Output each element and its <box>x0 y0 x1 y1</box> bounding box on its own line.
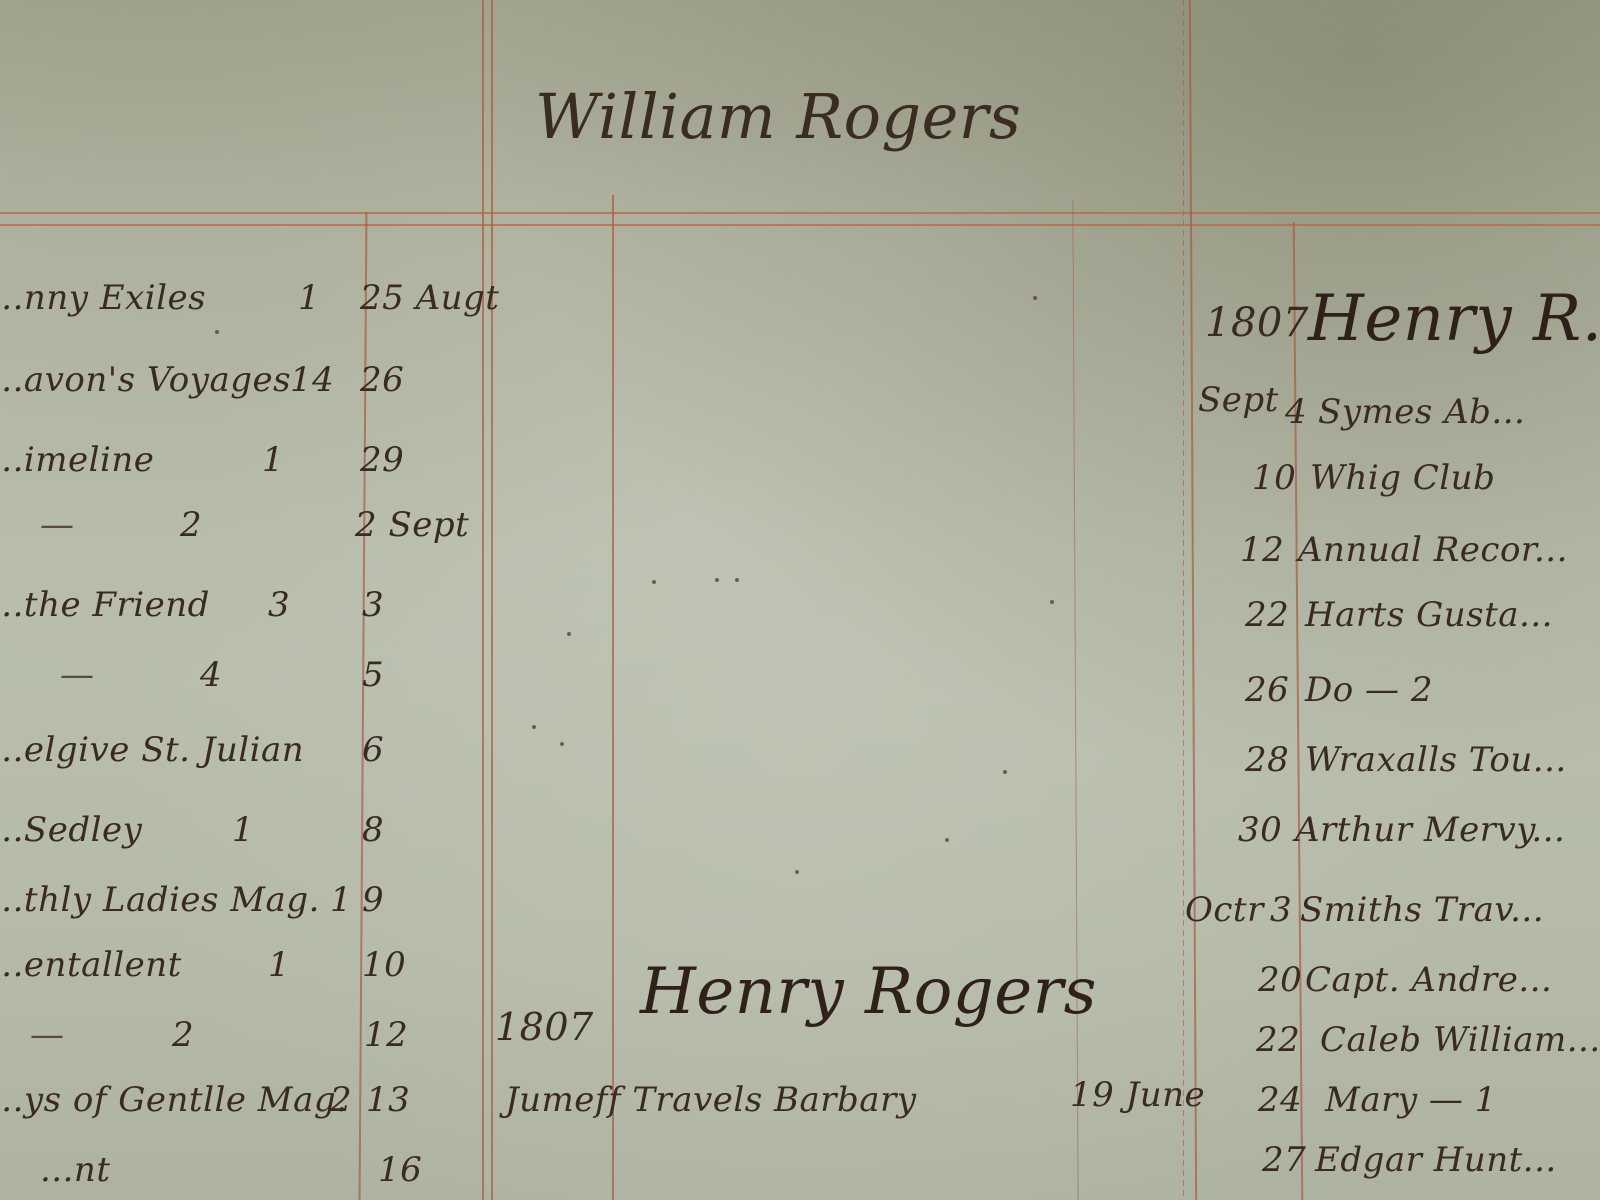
right-entry-day: 20 <box>1258 960 1302 1000</box>
left-margin-rule-b <box>491 0 493 1200</box>
right-entry-title: Wraxalls Tou... <box>1305 740 1567 780</box>
left-entry-title: ...Sedley <box>0 810 142 850</box>
left-entry-date: 10 <box>362 945 406 985</box>
left-entry-title: ...thly Ladies Mag. <box>0 880 320 920</box>
left-entry-qty: 14 <box>290 360 334 400</box>
right-entry-title: Harts Gusta... <box>1305 595 1553 635</box>
left-entry-title: ...nt <box>40 1150 110 1190</box>
ink-spot <box>735 578 739 582</box>
left-entry-date: 8 <box>362 810 384 850</box>
ink-spot <box>532 725 536 729</box>
left-margin-rule-a <box>482 0 484 1200</box>
center-year: 1807 <box>495 1005 594 1049</box>
left-entry-date: 5 <box>362 655 384 695</box>
center-entry-title: Jumeff Travels Barbary <box>505 1080 917 1120</box>
left-entry-date: 3 <box>362 585 384 625</box>
right-entry-day: 27 <box>1262 1140 1306 1180</box>
left-entry-title: ...the Friend <box>0 585 210 625</box>
right-entry-title: Smiths Trav... <box>1300 890 1544 930</box>
left-entry-title: ...imeline <box>0 440 154 480</box>
left-entry-qty: 2 <box>180 505 202 545</box>
center-entry-date: 19 June <box>1070 1075 1205 1115</box>
left-entry-date: 9 <box>362 880 384 920</box>
ink-spot <box>795 870 799 874</box>
left-entry-title: ...ys of Gentlle Mag. <box>0 1080 347 1120</box>
header-rule-top <box>0 212 1600 214</box>
right-entry-month: Sept <box>1198 380 1279 420</box>
left-entry-qty: 2 <box>330 1080 352 1120</box>
right-entry-title: Whig Club <box>1310 458 1495 498</box>
right-entry-day: 12 <box>1240 530 1284 570</box>
right-entry-day: 22 <box>1245 595 1289 635</box>
right-entry-day: 26 <box>1245 670 1289 710</box>
left-entry-title: — <box>60 655 95 695</box>
ink-spot <box>567 632 571 636</box>
left-entry-title: ...avon's Voyages <box>0 360 291 400</box>
header-rule-bottom <box>0 224 1600 226</box>
right-entry-day: 24 <box>1258 1080 1302 1120</box>
left-entry-qty: 3 <box>268 585 290 625</box>
right-entry-day: 28 <box>1245 740 1289 780</box>
right-year: 1807 <box>1205 300 1309 346</box>
right-entry-day: 30 <box>1238 810 1282 850</box>
ink-spot <box>1003 770 1007 774</box>
center-column-rule <box>612 195 614 1200</box>
left-entry-title: — <box>30 1015 65 1055</box>
right-account-name: Henry R... <box>1308 282 1600 356</box>
ink-spot <box>715 578 719 582</box>
right-entry-title: Annual Recor... <box>1298 530 1568 570</box>
left-entry-qty: 2 <box>172 1015 194 1055</box>
left-entry-qty: 1 <box>330 880 352 920</box>
right-entry-title: Do — 2 <box>1305 670 1433 710</box>
left-entry-title: ...nny Exiles <box>0 278 206 318</box>
left-entry-date: 26 <box>360 360 404 400</box>
left-entry-title: ...elgive St. Julian <box>0 730 304 770</box>
right-entry-title: Mary — 1 <box>1325 1080 1497 1120</box>
right-entry-title: Caleb William... <box>1320 1020 1600 1060</box>
right-entry-title: Edgar Hunt... <box>1315 1140 1557 1180</box>
left-entry-qty: 1 <box>298 278 320 318</box>
right-entry-title: Symes Ab... <box>1318 392 1525 432</box>
ink-spot <box>652 580 656 584</box>
left-entry-qty: 1 <box>268 945 290 985</box>
right-entry-day: 3 <box>1270 890 1292 930</box>
gutter-rule <box>1189 0 1197 1200</box>
left-entry-qty: 1 <box>262 440 284 480</box>
right-entry-title: Arthur Mervy... <box>1295 810 1565 850</box>
left-entry-date: 13 <box>366 1080 410 1120</box>
right-entry-day: 22 <box>1256 1020 1300 1060</box>
ledger-page: William Rogers ...nny Exiles 1 25 Augt .… <box>0 0 1600 1200</box>
right-entry-day: 10 <box>1252 458 1296 498</box>
left-entry-qty: 4 <box>200 655 222 695</box>
right-entry-day: 4 <box>1285 392 1307 432</box>
gutter-dashed-rule <box>1183 0 1184 1200</box>
left-entry-title: — <box>40 505 75 545</box>
right-entry-month: Octr <box>1185 890 1264 930</box>
ink-spot <box>215 330 219 334</box>
left-entry-qty: 1 <box>232 810 254 850</box>
left-entry-date: 6 <box>362 730 384 770</box>
right-entry-title: Capt. Andre... <box>1305 960 1552 1000</box>
left-entry-date: 25 Augt <box>360 278 499 318</box>
left-entry-title: ...entallent <box>0 945 182 985</box>
center-right-rule <box>1072 200 1078 1200</box>
center-account-name: Henry Rogers <box>640 955 1097 1029</box>
left-entry-date: 12 <box>364 1015 408 1055</box>
left-entry-date: 29 <box>360 440 404 480</box>
header-account-name: William Rogers <box>535 80 1021 153</box>
ink-spot <box>1033 296 1037 300</box>
ink-spot <box>1050 600 1054 604</box>
left-entry-date: 16 <box>378 1150 422 1190</box>
left-entry-date: 2 Sept <box>355 505 469 545</box>
ink-spot <box>945 838 949 842</box>
ink-spot <box>560 742 564 746</box>
